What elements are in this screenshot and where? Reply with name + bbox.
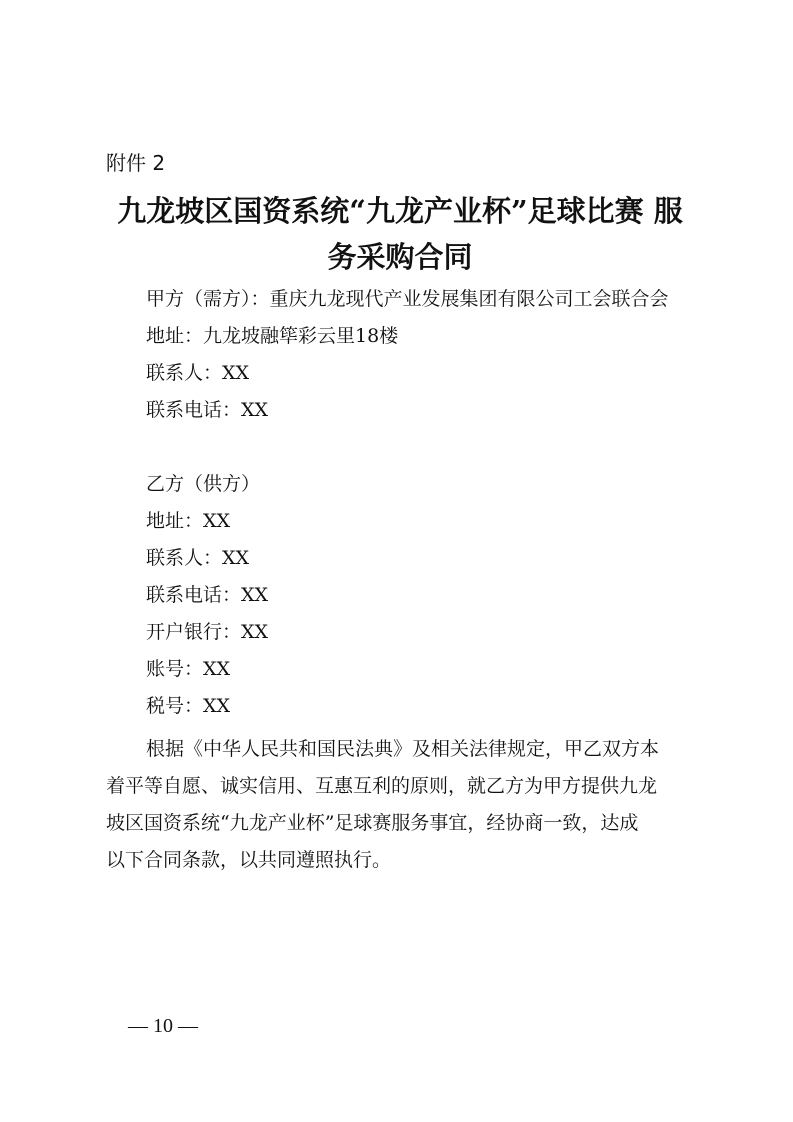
- party-a-header: 甲方（需方）：重庆九龙现代产业发展集团有限公司工会联合会: [146, 281, 669, 318]
- party-a-address: 地址：九龙坡融筚彩云里18楼: [146, 318, 669, 355]
- party-b-phone: 联系电话：XX: [146, 577, 268, 614]
- title-line-2: 务采购合同: [100, 234, 700, 280]
- paragraph-line-3: 坡区国资系统“九龙产业杯”足球赛服务事宜，经协商一致，达成: [106, 805, 716, 842]
- party-b-header: 乙方（供方）: [146, 466, 268, 503]
- party-b-bank: 开户银行：XX: [146, 614, 268, 651]
- party-a-phone: 联系电话：XX: [146, 392, 669, 429]
- paragraph-line-4: 以下合同条款，以共同遵照执行。: [106, 842, 716, 879]
- party-b-address: 地址：XX: [146, 503, 268, 540]
- page-number: — 10 —: [128, 1013, 198, 1039]
- paragraph-line-1: 根据《中华人民共和国民法典》及相关法律规定，甲乙双方本: [106, 731, 716, 768]
- paragraph-line-2: 着平等自愿、诚实信用、互惠互利的原则，就乙方为甲方提供九龙: [106, 768, 716, 805]
- attachment-label: 附件 2: [106, 150, 165, 176]
- party-b-section: 乙方（供方） 地址：XX 联系人：XX 联系电话：XX 开户银行：XX 账号：X…: [146, 466, 268, 725]
- party-b-contact: 联系人：XX: [146, 540, 268, 577]
- party-b-account: 账号：XX: [146, 651, 268, 688]
- document-page: 附件 2 九龙坡区国资系统“九龙产业杯”足球比赛 服 务采购合同 甲方（需方）：…: [0, 0, 793, 1122]
- intro-paragraph: 根据《中华人民共和国民法典》及相关法律规定，甲乙双方本 着平等自愿、诚实信用、互…: [106, 731, 716, 879]
- party-a-contact: 联系人：XX: [146, 355, 669, 392]
- contract-title: 九龙坡区国资系统“九龙产业杯”足球比赛 服 务采购合同: [100, 188, 700, 280]
- party-a-section: 甲方（需方）：重庆九龙现代产业发展集团有限公司工会联合会 地址：九龙坡融筚彩云里…: [146, 281, 669, 429]
- party-b-tax-id: 税号：XX: [146, 688, 268, 725]
- title-line-1: 九龙坡区国资系统“九龙产业杯”足球比赛 服: [100, 188, 700, 234]
